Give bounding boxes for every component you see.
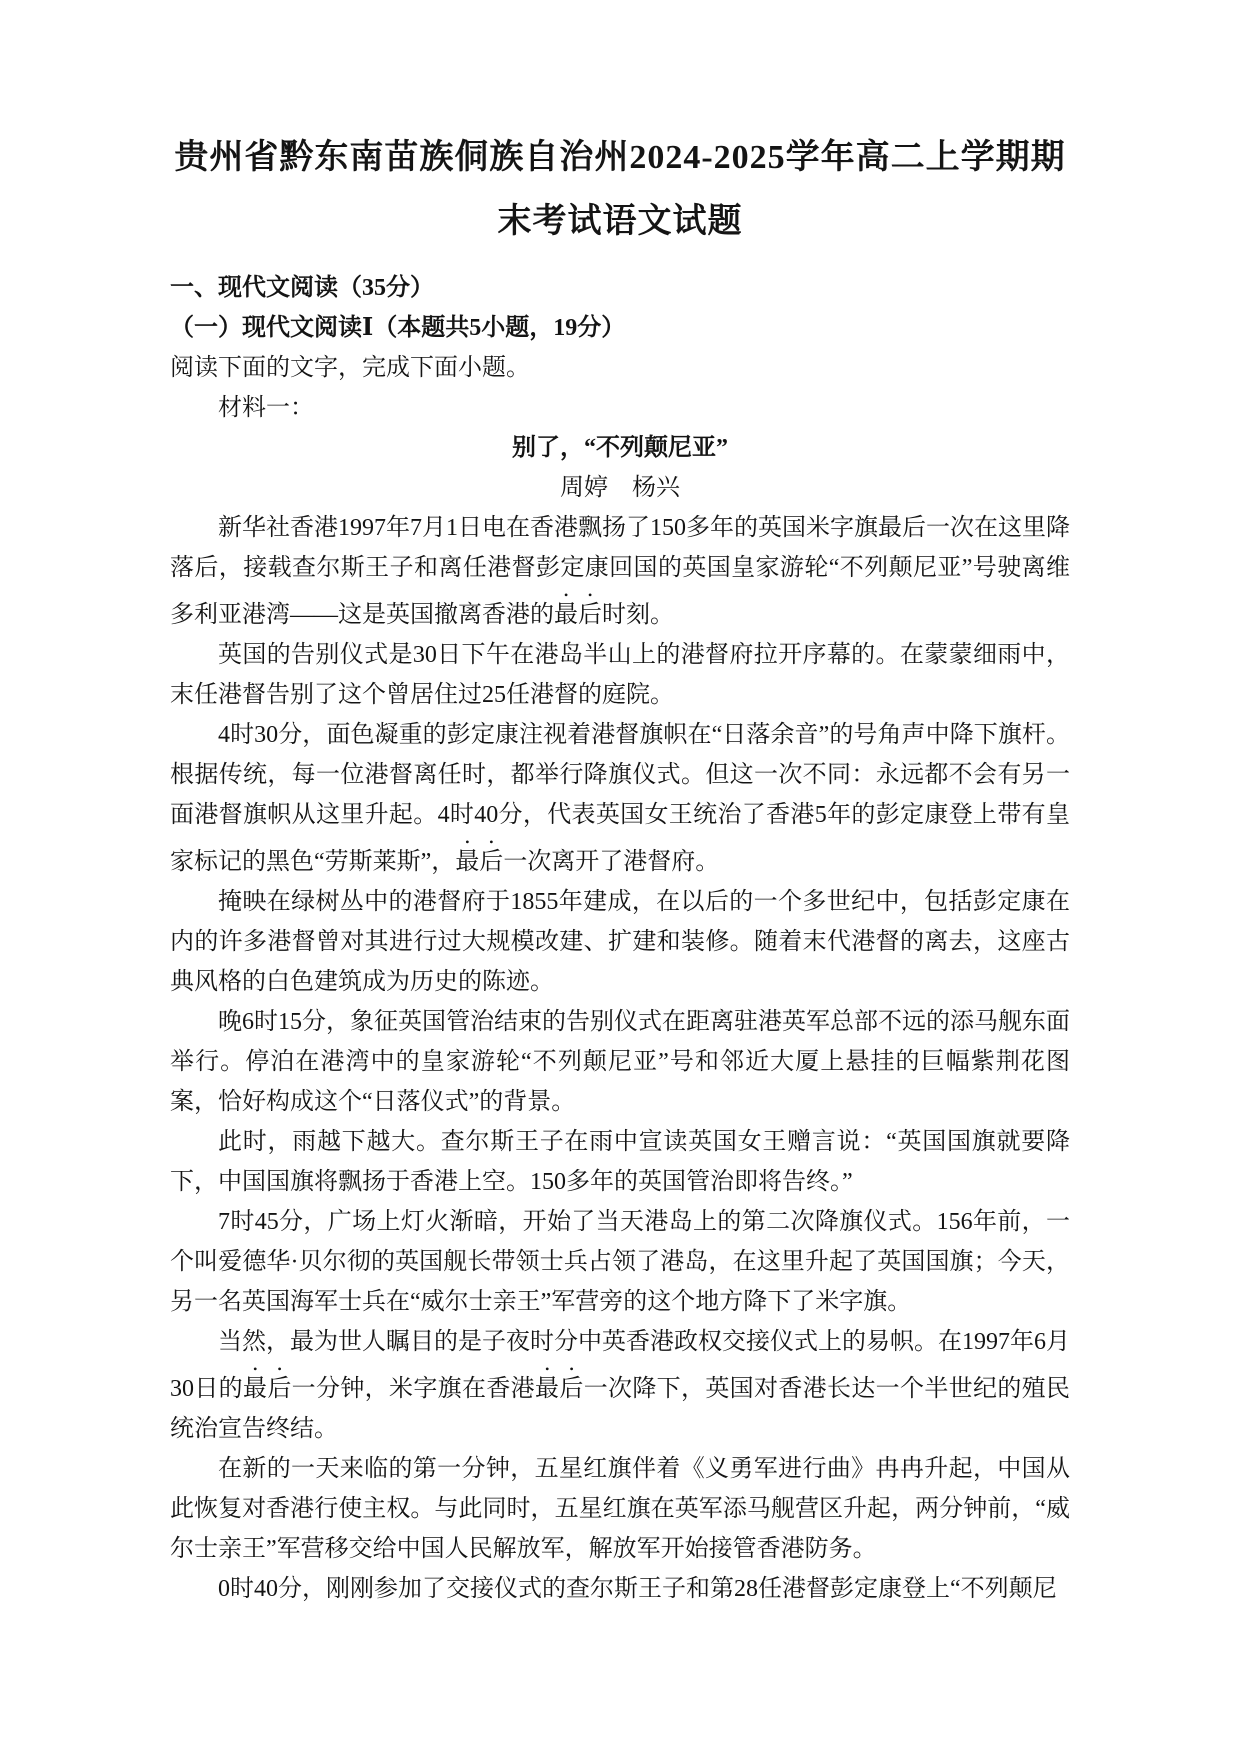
article-paragraph: 此时，雨越下越大。查尔斯王子在雨中宣读英国女王赠言说：“英国国旗就要降下，中国国… bbox=[170, 1122, 1070, 1202]
material-one-label: 材料一： bbox=[170, 388, 1070, 428]
exam-content: 一、现代文阅读（35分） （一）现代文阅读Ⅰ（本题共5小题，19分） 阅读下面的… bbox=[170, 268, 1070, 1609]
article-paragraph: 晚6时15分，象征英国管治结束的告别仪式在距离驻港英军总部不远的添马舰东面举行。… bbox=[170, 1002, 1070, 1122]
article-paragraph: 英国的告别仪式是30日下午在港岛半山上的港督府拉开序幕的。在蒙蒙细雨中，末任港督… bbox=[170, 635, 1070, 715]
paragraph-text: 7时45分，广场上灯火渐暗，开始了当天港岛上的第二次降旗仪式。156年前，一个叫… bbox=[170, 1209, 1070, 1315]
paragraph-text: 掩映在绿树丛中的港督府于1855年建成，在以后的一个多世纪中，包括彭定康在内的许… bbox=[170, 889, 1070, 995]
emphasized-text: 最后 bbox=[243, 1376, 292, 1402]
paragraph-text: 一次离开了港督府。 bbox=[503, 849, 719, 875]
section-heading-modern-reading: 一、现代文阅读（35分） bbox=[170, 268, 1070, 308]
paragraph-text: 晚6时15分，象征英国管治结束的告别仪式在距离驻港英军总部不远的添马舰东面举行。… bbox=[170, 1009, 1070, 1115]
emphasized-text: 最后 bbox=[535, 1376, 584, 1402]
paragraph-text: 0时40分，刚刚参加了交接仪式的查尔斯王子和第28任港督彭定康登上“不列颠尼 bbox=[218, 1576, 1057, 1602]
article-authors: 周婷 杨兴 bbox=[170, 468, 1070, 508]
document-title: 贵州省黔东南苗族侗族自治州2024-2025学年高二上学期期 末考试语文试题 bbox=[170, 126, 1070, 254]
article-paragraph: 0时40分，刚刚参加了交接仪式的查尔斯王子和第28任港督彭定康登上“不列颠尼 bbox=[170, 1569, 1070, 1609]
emphasized-text: 最后 bbox=[455, 849, 503, 875]
reading-instruction: 阅读下面的文字，完成下面小题。 bbox=[170, 348, 1070, 388]
article-paragraph: 当然，最为世人瞩目的是子夜时分中英香港政权交接仪式上的易帜。在1997年6月30… bbox=[170, 1322, 1070, 1449]
emphasized-text: 最后 bbox=[554, 602, 602, 628]
document-title-line-2: 末考试语文试题 bbox=[170, 190, 1070, 254]
paragraph-text: 时刻。 bbox=[602, 602, 674, 628]
article-title: 别了，“不列颠尼亚” bbox=[170, 428, 1070, 468]
article-paragraph: 新华社香港1997年7月1日电在香港飘扬了150多年的英国米字旗最后一次在这里降… bbox=[170, 508, 1070, 635]
exam-paper-page: 贵州省黔东南苗族侗族自治州2024-2025学年高二上学期期 末考试语文试题 一… bbox=[0, 0, 1240, 1754]
article-paragraph: 掩映在绿树丛中的港督府于1855年建成，在以后的一个多世纪中，包括彭定康在内的许… bbox=[170, 882, 1070, 1002]
document-title-line-1: 贵州省黔东南苗族侗族自治州2024-2025学年高二上学期期 bbox=[170, 126, 1070, 190]
subsection-heading-reading-one: （一）现代文阅读Ⅰ（本题共5小题，19分） bbox=[170, 308, 1070, 348]
paragraph-text: 在新的一天来临的第一分钟，五星红旗伴着《义勇军进行曲》冉冉升起，中国从此恢复对香… bbox=[170, 1456, 1070, 1562]
article-body: 新华社香港1997年7月1日电在香港飘扬了150多年的英国米字旗最后一次在这里降… bbox=[170, 508, 1070, 1609]
paragraph-text: 英国的告别仪式是30日下午在港岛半山上的港督府拉开序幕的。在蒙蒙细雨中，末任港督… bbox=[170, 642, 1070, 708]
article-paragraph: 4时30分，面色凝重的彭定康注视着港督旗帜在“日落余音”的号角声中降下旗杆。根据… bbox=[170, 715, 1070, 882]
paragraph-text: 一分钟，米字旗在香港 bbox=[292, 1376, 535, 1402]
paragraph-text: 此时，雨越下越大。查尔斯王子在雨中宣读英国女王赠言说：“英国国旗就要降下，中国国… bbox=[170, 1129, 1070, 1195]
article-paragraph: 在新的一天来临的第一分钟，五星红旗伴着《义勇军进行曲》冉冉升起，中国从此恢复对香… bbox=[170, 1449, 1070, 1569]
article-paragraph: 7时45分，广场上灯火渐暗，开始了当天港岛上的第二次降旗仪式。156年前，一个叫… bbox=[170, 1202, 1070, 1322]
